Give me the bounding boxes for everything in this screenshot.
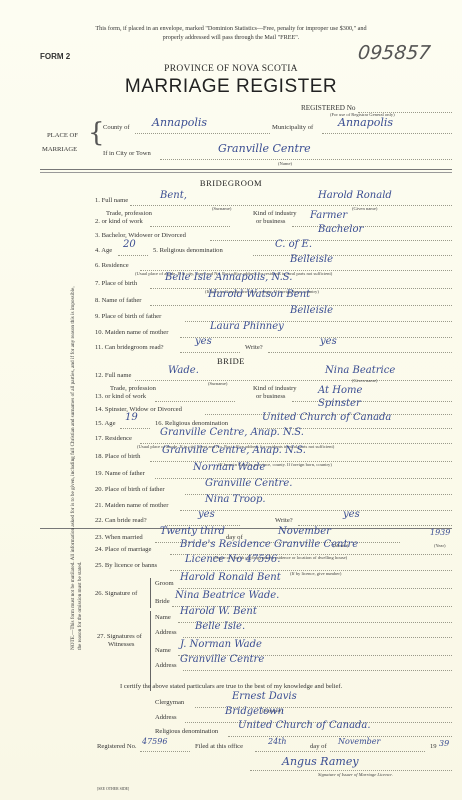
groom-mother-label: 10. Maiden name of mother	[95, 329, 168, 336]
bride-signature: Nina Beatrice Wade.	[175, 590, 279, 601]
denomination-value: United Church of Canada.	[238, 720, 371, 731]
licence-note: (If by licence, give number)	[290, 571, 341, 576]
witness-bracket	[150, 611, 151, 691]
clergyman-signature: Ernest Davis	[232, 691, 297, 702]
bride-full-name-label: 12. Full name	[95, 372, 131, 379]
groom-religion-label: 5. Religious denomination	[153, 247, 223, 254]
city-field-line	[160, 159, 452, 160]
bride-age-label: 15. Age	[95, 420, 116, 427]
marriage-register-document: This form, if placed in an envelope, mar…	[0, 0, 462, 800]
bride-mother-value: Nina Troop.	[205, 494, 266, 505]
witnesses-label-1: 27. Signatures of	[97, 633, 142, 640]
signature-of-label: 26. Signature of	[95, 590, 137, 597]
bride-father-birthplace-value: Granville Centre.	[205, 478, 292, 489]
witness2-name: J. Norman Wade	[180, 639, 262, 650]
issuer-signature-line	[250, 770, 452, 771]
bride-given-name: Nina Beatrice	[325, 365, 395, 376]
brace-icon: {	[88, 118, 105, 148]
groom-surname-note: (Surname)	[212, 206, 231, 211]
groom-industry-line	[292, 226, 452, 227]
denomination-label: Religious denomination	[155, 728, 218, 735]
bride-age-value: 19	[125, 412, 138, 423]
certification-statement: I certify the above stated particulars a…	[120, 683, 342, 690]
form-label: FORM 2	[40, 52, 70, 61]
bride-religion-value: United Church of Canada	[262, 412, 391, 423]
bride-status-label: 14. Spinster, Widow or Divorced	[95, 406, 182, 413]
province-heading: PROVINCE OF NOVA SCOTIA	[0, 64, 462, 74]
groom-write-value: yes	[320, 336, 337, 347]
bride-religion-label: 16. Religious denomination	[155, 420, 228, 427]
groom-status-label: 3. Bachelor, Widower or Divorced	[95, 232, 186, 239]
groom-father-birthplace-value: Belleisle	[290, 305, 333, 316]
county-value: Annapolis	[152, 116, 207, 129]
registered-no-value: 47596	[142, 737, 167, 746]
groom-industry-value: Farmer	[310, 210, 347, 221]
groom-read-line	[180, 352, 240, 353]
bride-name-line	[135, 380, 452, 381]
bride-status-value: Spinster	[318, 398, 361, 409]
divider	[40, 172, 452, 173]
filed-day-of-label: day of	[310, 743, 327, 750]
county-label: County of	[103, 124, 130, 131]
witness1-address-label: Address	[155, 629, 177, 636]
bride-industry-line	[292, 401, 452, 402]
divider	[40, 169, 452, 170]
filed-month: November	[338, 737, 380, 746]
bride-read-label: 22. Can bride read?	[95, 517, 147, 524]
bride-surname-note: (Surname)	[208, 381, 227, 386]
bride-write-value: yes	[343, 509, 360, 520]
side-note: NOTE.—This form must not be mutilated. A…	[70, 280, 84, 650]
clergyman-address: Bridgetown	[225, 706, 284, 717]
groom-father-label: 8. Name of father	[95, 297, 142, 304]
groom-trade-label-1: Trade, profession	[106, 210, 152, 217]
when-married-month: November	[278, 526, 331, 537]
bride-father-label: 19. Name of father	[95, 470, 145, 477]
place-of-marriage-value: Bride's Residence Granville Centre	[180, 539, 358, 550]
bride-residence-label: 17. Residence	[95, 435, 132, 442]
when-married-year: 1939	[430, 528, 450, 537]
place-of-marriage-label: 24. Place of marriage	[95, 546, 151, 553]
bride-father-line	[155, 478, 452, 479]
bride-given-name-note: (Given name)	[352, 378, 377, 383]
bride-father-value: Norman Wade	[193, 462, 265, 473]
licence-label: 25. By licence or banns	[95, 562, 157, 569]
groom-full-name-label: 1. Full name	[95, 197, 128, 204]
groom-birthplace-value: Belle Isle Annapolis, N.S.	[165, 272, 292, 283]
licence-value: Licence No 47596.	[185, 554, 280, 565]
groom-age-value: 20	[123, 239, 136, 250]
witnesses-label-2: Witnesses	[108, 641, 134, 648]
bride-father-birthplace-label: 20. Place of birth of father	[95, 486, 165, 493]
groom-write-label: Write?	[245, 344, 263, 351]
issuer-signature: Angus Ramey	[282, 755, 359, 768]
groom-residence-label: 6. Residence	[95, 262, 129, 269]
municipality-label: Municipality of	[272, 124, 313, 131]
bride-trade-line	[155, 401, 235, 402]
bride-industry-value: At Home	[318, 385, 362, 396]
groom-birthplace-label: 7. Place of birth	[95, 280, 137, 287]
bride-mother-label: 21. Maiden name of mother	[95, 502, 168, 509]
groom-religion-value: C. of E.	[275, 239, 312, 250]
groom-name-line	[130, 205, 452, 206]
bridegroom-heading: BRIDEGROOM	[0, 178, 462, 188]
groom-age-label: 4. Age	[95, 247, 112, 254]
witness2-address-label: Address	[155, 662, 177, 669]
witness2-name-label: Name	[155, 647, 171, 654]
groom-given-name: Harold Ronald	[318, 190, 392, 201]
bride-write-label: Write?	[275, 517, 293, 524]
clergyman-address-label: Address	[155, 714, 177, 721]
groom-trade-line	[150, 226, 230, 227]
when-married-label: 23. When married	[95, 534, 143, 541]
groom-age-line	[118, 255, 148, 256]
divider	[40, 528, 452, 529]
filed-year-prefix: 19	[430, 743, 437, 750]
filed-day: 24th	[268, 737, 287, 746]
groom-signature-label: Groom	[155, 580, 174, 587]
filed-year-suffix: 39	[439, 739, 449, 748]
bride-signature-label: Bride	[155, 598, 170, 605]
bride-surname: Wade.	[168, 365, 199, 376]
groom-mother-value: Laura Phinney	[210, 321, 284, 332]
page-title: MARRIAGE REGISTER	[0, 76, 462, 98]
groom-signature: Harold Ronald Bent	[180, 572, 281, 583]
groom-surname: Bent,	[160, 190, 187, 201]
filed-label: Filed at this office	[195, 743, 243, 750]
signature-bracket	[150, 578, 151, 608]
witness2-address-line	[183, 670, 452, 671]
bride-industry-label-1: Kind of industry	[253, 385, 297, 392]
bride-trade-label-2: 13. or kind of work	[95, 393, 146, 400]
bride-mother-line	[180, 510, 452, 511]
groom-father-birthplace-label: 9. Place of birth of father	[95, 313, 161, 320]
bride-age-line	[120, 428, 150, 429]
bride-trade-label-1: Trade, profession	[110, 385, 156, 392]
groom-read-label: 11. Can bridegroom read?	[95, 344, 164, 351]
groom-industry-label-2: or business	[256, 218, 286, 225]
groom-religion-line	[253, 255, 452, 256]
when-married-day: Twenty third	[160, 526, 225, 537]
registered-no-label-footer: Registered No.	[97, 743, 137, 750]
groom-father-value: Harold Watson Bent	[208, 289, 310, 300]
place-of-label-2: MARRIAGE	[42, 146, 77, 153]
handwritten-number: 095857	[357, 42, 432, 64]
municipality-field-line	[322, 133, 452, 134]
registered-no-line-footer	[140, 751, 190, 752]
bride-residence-value: Granville Centre, Anap. N.S.	[160, 427, 304, 438]
postal-notice-line1: This form, if placed in an envelope, mar…	[0, 24, 462, 33]
witness1-name-label: Name	[155, 614, 171, 621]
filed-day-line	[255, 751, 325, 752]
postal-notice-line2: properly addressed will pass through the…	[0, 33, 462, 42]
groom-mother-line	[180, 337, 452, 338]
bride-industry-label-2: or business	[256, 393, 286, 400]
groom-status-line	[210, 240, 452, 241]
groom-industry-label-1: Kind of industry	[253, 210, 297, 217]
year-note: (Year)	[434, 543, 446, 548]
groom-status-value: Bachelor	[318, 224, 363, 235]
groom-given-name-note: (Given name)	[352, 206, 377, 211]
groom-read-value: yes	[195, 336, 212, 347]
witness2-address: Granville Centre	[180, 654, 264, 665]
bride-birthplace-value: Granville Centre, Anap. N.S.	[162, 445, 306, 456]
bride-birthplace-label: 18. Place of birth	[95, 453, 140, 460]
municipality-value: Annapolis	[338, 116, 393, 129]
filed-month-line	[330, 751, 425, 752]
bride-read-value: yes	[198, 509, 215, 520]
place-of-label-1: PLACE OF	[47, 132, 78, 139]
see-other-side: [SEE OTHER SIDE]	[97, 787, 129, 791]
groom-write-line	[268, 352, 452, 353]
county-field-line	[135, 133, 270, 134]
witness1-name: Harold W. Bent	[180, 606, 257, 617]
postal-notice: This form, if placed in an envelope, mar…	[0, 24, 462, 42]
city-label: If in City or Town	[103, 150, 151, 157]
city-value: Granville Centre	[218, 142, 311, 155]
witness1-address: Belle Isle.	[195, 621, 245, 632]
clergyman-label: Clergyman	[155, 699, 184, 706]
groom-trade-label-2: 2. or kind of work	[95, 218, 143, 225]
issuer-signature-note: Signature of Issuer of Marriage Licence.	[318, 772, 393, 777]
groom-residence-value: Belleisle	[290, 254, 333, 265]
registered-no-label: REGISTERED No	[301, 104, 356, 112]
groom-signature-line	[178, 588, 452, 589]
city-name-note: (Name)	[278, 161, 292, 166]
witness1-address-line	[183, 637, 452, 638]
